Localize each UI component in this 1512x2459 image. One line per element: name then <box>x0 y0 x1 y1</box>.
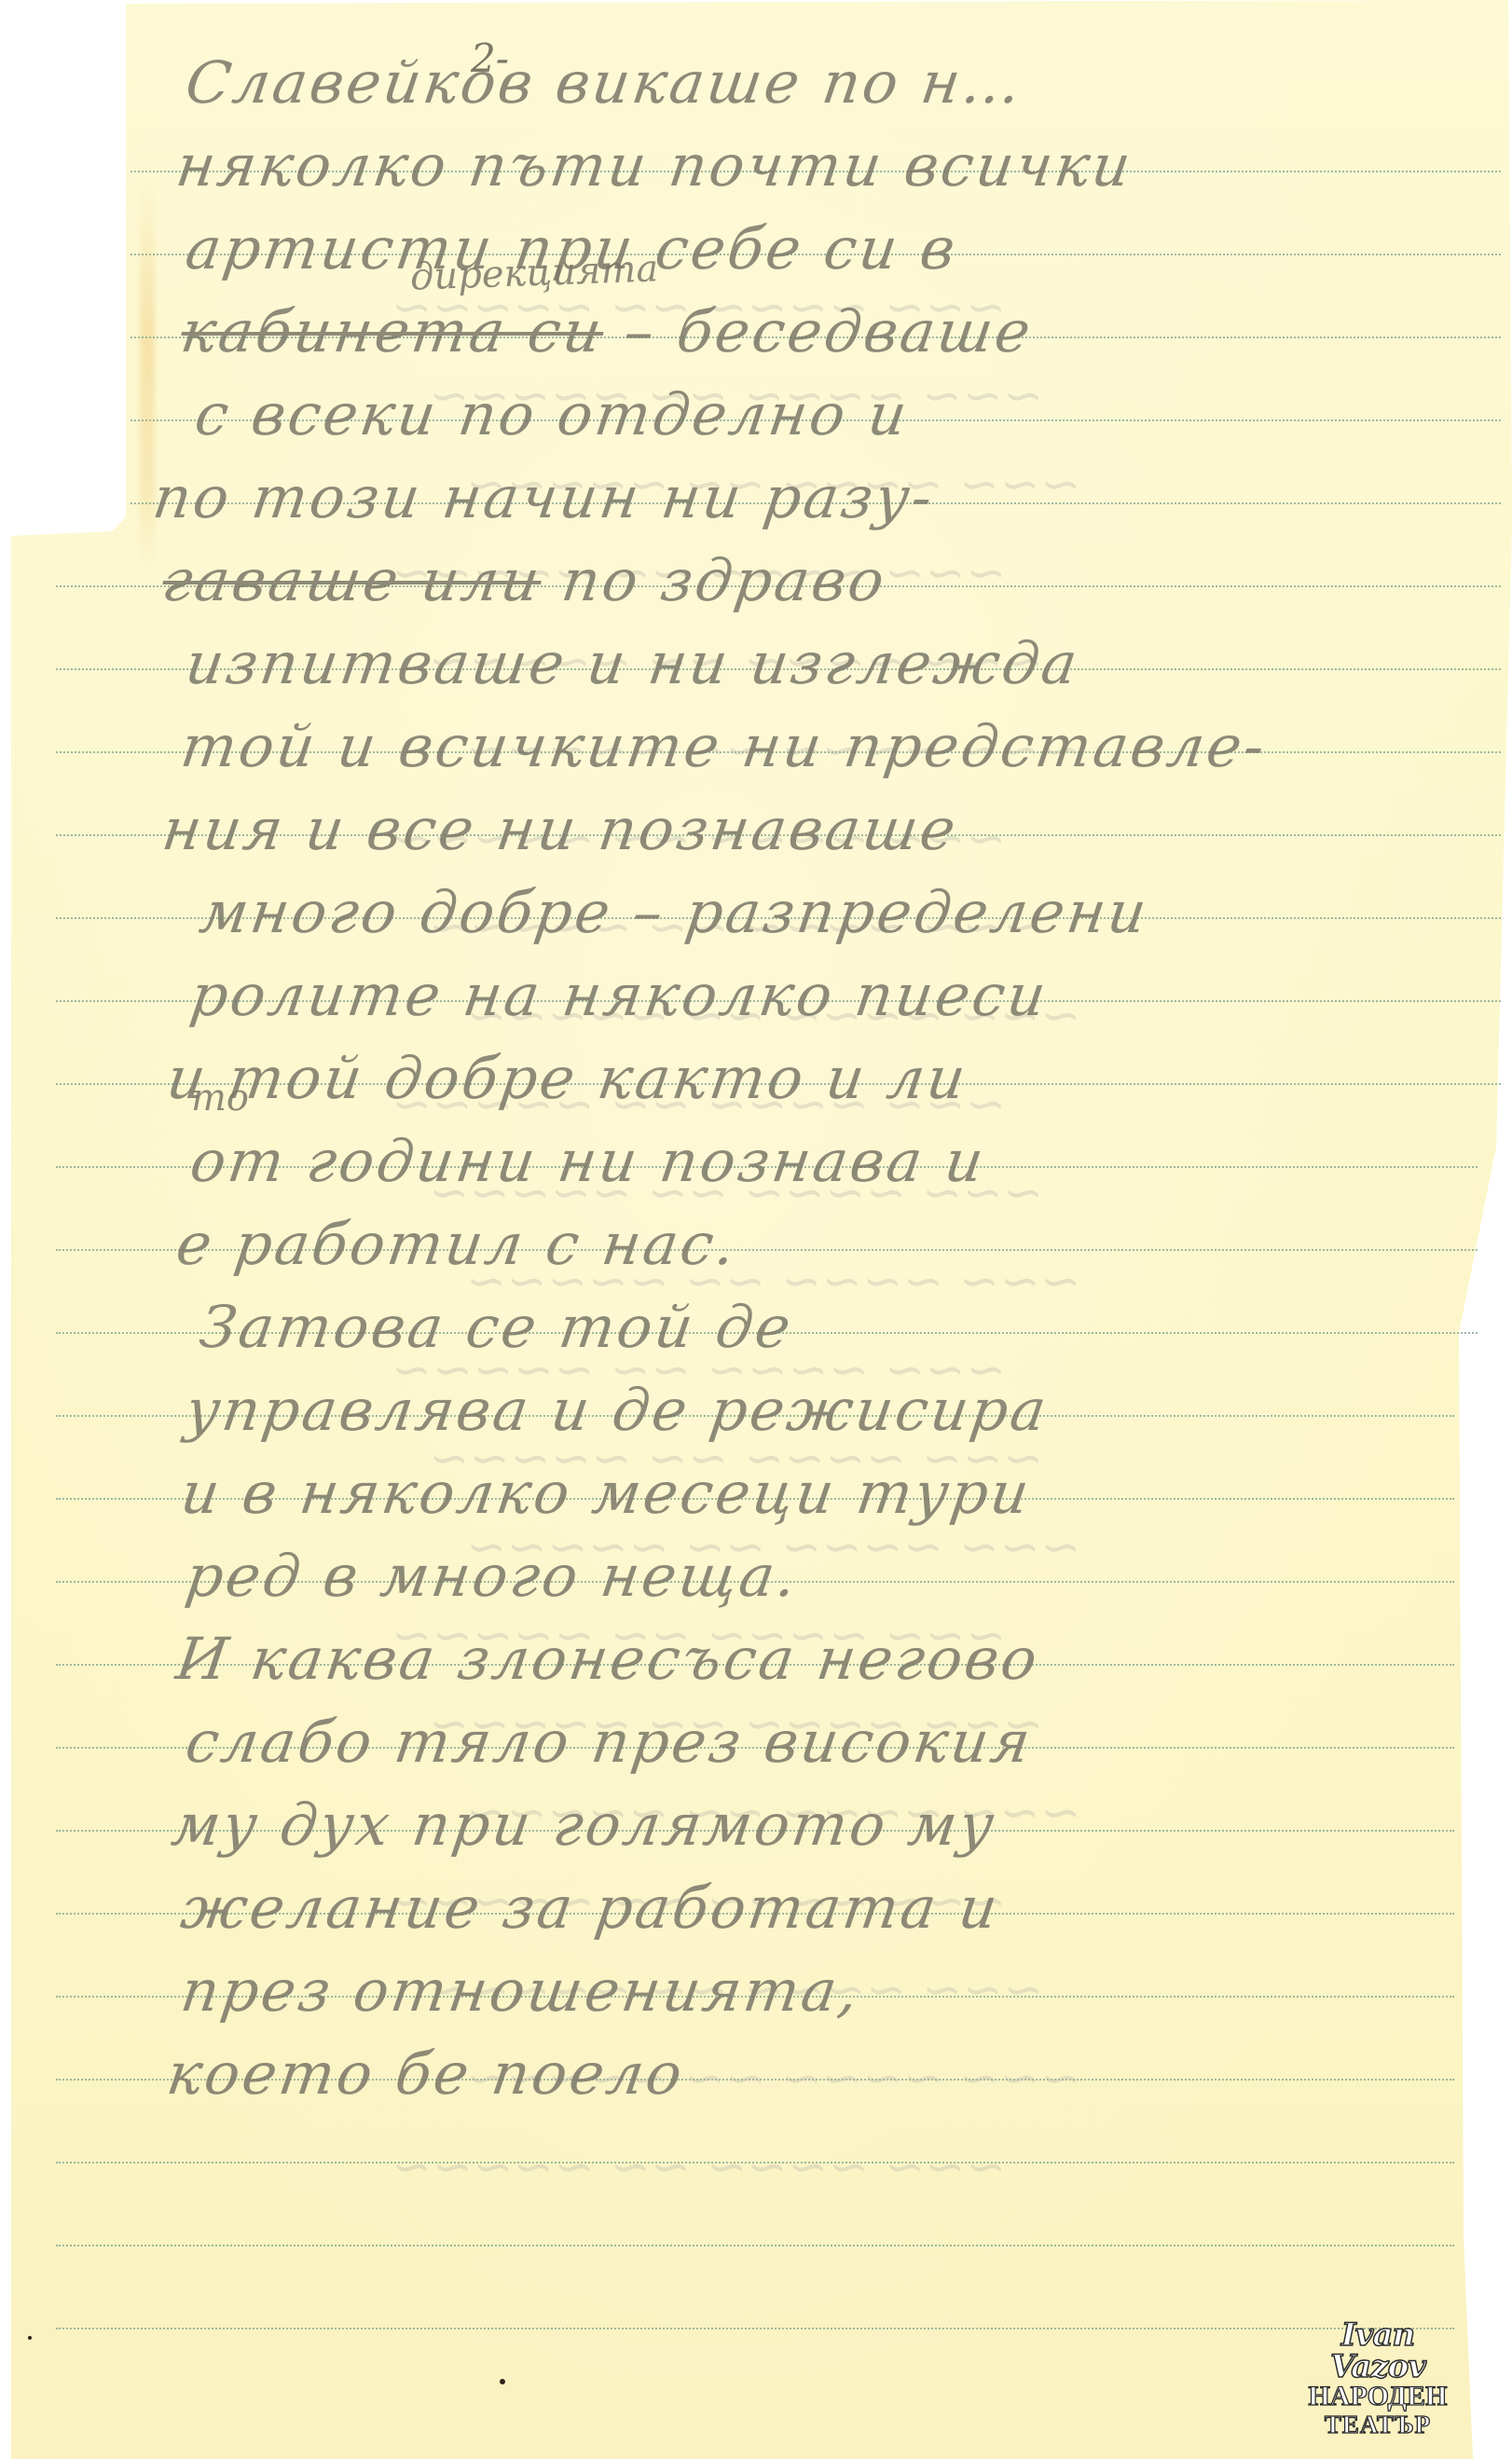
manuscript-line: И каква злонесъса негово <box>172 1625 1044 1693</box>
manuscript-line: управлява и де режисира <box>182 1376 1053 1444</box>
manuscript-line: ред в много неща. <box>182 1542 804 1610</box>
line-text: ролите на няколко пиеси <box>186 961 1052 1029</box>
line-text: Затова се той де <box>196 1293 798 1361</box>
ruled-line <box>56 2245 1454 2246</box>
struck-text: кабинета си <box>177 297 609 365</box>
scanned-page: 2- ~~~ ~~~~ ~~ ~~~~~~~~ ~~~~ ~~ ~~~~~~~~… <box>0 0 1512 2459</box>
line-text: е работил с нас. <box>172 1210 742 1278</box>
manuscript-line: с всеки по отделно и <box>191 380 914 448</box>
manuscript-line: изпитваше и ни изглежда <box>182 629 1084 697</box>
logo-line-1: НАРОДЕН <box>1303 2383 1452 2411</box>
logo-line-2: ТЕАТЪР <box>1303 2411 1452 2438</box>
ruled-line <box>56 2328 1454 2329</box>
line-text: през отношенията, <box>177 1957 865 2025</box>
line-text: – беседваше <box>620 297 1038 365</box>
manuscript-line: и в няколко месеци тури <box>177 1459 1036 1527</box>
struck-text: гаваше или <box>158 546 546 614</box>
manuscript-line: слабо тяло през високия <box>182 1708 1038 1776</box>
manuscript-line: желание за работата и <box>177 1874 1004 1942</box>
manuscript-line: гаваше или по здраво <box>158 546 891 614</box>
line-text: слабо тяло през високия <box>182 1708 1038 1776</box>
manuscript-line: ния и все ни познаваше <box>158 795 962 863</box>
line-text: му дух при голямото му <box>168 1791 1001 1859</box>
ink-speck <box>500 2379 505 2384</box>
manuscript-line: няколко пъти почти всички <box>172 131 1137 199</box>
line-text: ния и все ни познаваше <box>158 795 962 863</box>
manuscript-line: по този начин ни разу- <box>149 463 940 531</box>
manuscript-line: и той добре както и ли <box>163 1044 972 1112</box>
line-text: ред в много неща. <box>182 1542 804 1610</box>
line-text: няколко пъти почти всички <box>172 131 1137 199</box>
manuscript-line: Затова се той де <box>196 1293 798 1361</box>
insertion-above-line-4: дирекцията <box>409 247 659 298</box>
manuscript-line: ролите на няколко пиеси <box>186 961 1052 1029</box>
line-text: изпитваше и ни изглежда <box>182 629 1084 697</box>
line-text: И каква злонесъса негово <box>172 1625 1044 1693</box>
manuscript-line: кабинета си – беседваше <box>177 297 1038 365</box>
ink-speck <box>28 2336 32 2340</box>
line-text: с всеки по отделно и <box>191 380 914 448</box>
line-text: по здраво <box>557 546 890 614</box>
insertion-above-line-13: то <box>191 1077 249 1120</box>
manuscript-line: той и всичките ни представле- <box>177 712 1271 780</box>
manuscript-line: Славейков викаше по н… <box>182 48 1028 117</box>
national-theatre-logo: Ivan Vazov НАРОДЕН ТЕАТЪР <box>1303 2319 1452 2422</box>
line-text: управлява и де режисира <box>182 1376 1053 1444</box>
line-text: което бе поело <box>163 2040 689 2108</box>
manuscript-line: през отношенията, <box>177 1957 865 2025</box>
bleed-through-line: ~~~ ~~~~ ~~ ~~~~~ <box>388 2139 1010 2195</box>
line-text: по този начин ни разу- <box>149 463 940 531</box>
line-text: и в няколко месеци тури <box>177 1459 1036 1527</box>
line-text: желание за работата и <box>177 1874 1004 1942</box>
line-text: той и всичките ни представле- <box>177 712 1271 780</box>
line-text: Славейков викаше по н… <box>182 48 1028 117</box>
manuscript-line: което бе поело <box>163 2040 689 2108</box>
line-text: много добре – разпределени <box>196 878 1153 946</box>
manuscript-line: от години ни познава и <box>186 1127 990 1195</box>
line-text: и той добре както и ли <box>163 1044 972 1112</box>
logo-signature: Ivan Vazov <box>1303 2319 1452 2383</box>
line-text: от години ни познава и <box>186 1127 990 1195</box>
manuscript-line: много добре – разпределени <box>196 878 1153 946</box>
manuscript-line: е работил с нас. <box>172 1210 742 1278</box>
manuscript-line: му дух при голямото му <box>168 1791 1001 1859</box>
